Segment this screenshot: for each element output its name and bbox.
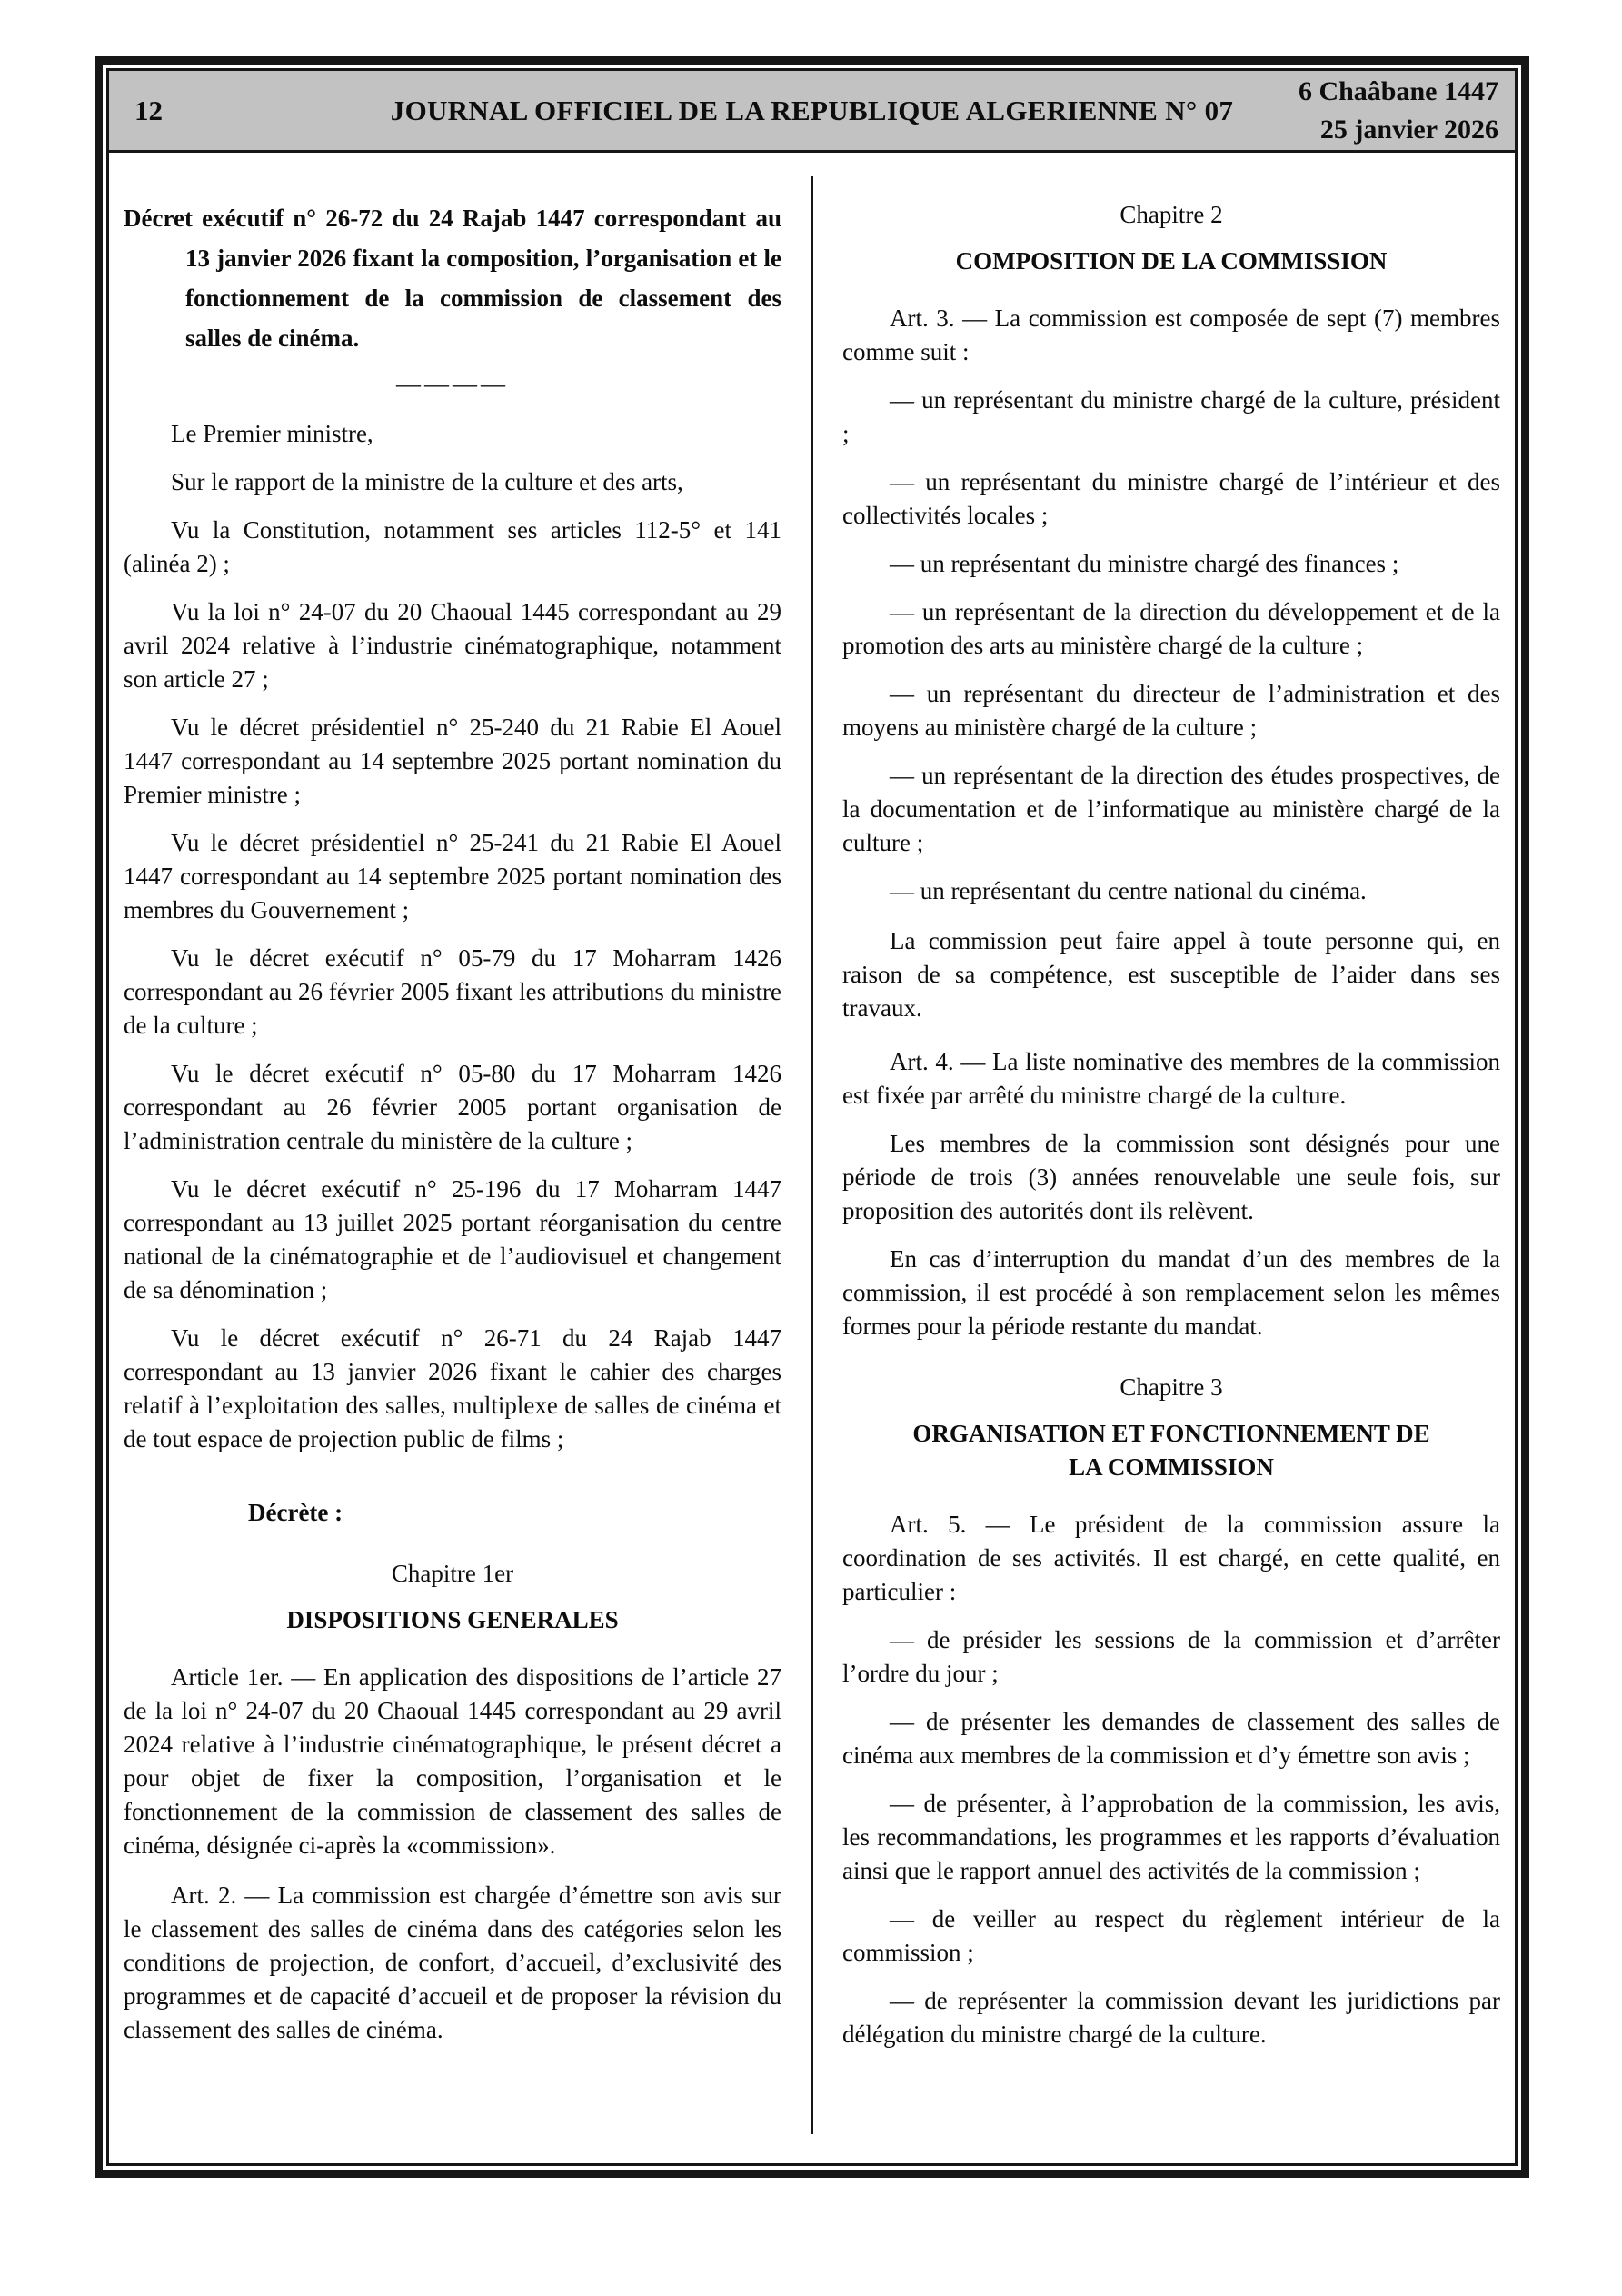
visa-decret-25-241: Vu le décret présidentiel n° 25-241 du 2… [124, 826, 781, 927]
column-divider [811, 176, 813, 2134]
visa-decret-05-80: Vu le décret exécutif n° 05-80 du 17 Moh… [124, 1057, 781, 1158]
left-column: Décret exécutif n° 26-72 du 24 Rajab 144… [124, 153, 781, 2163]
masthead-dates: 6 Chaâbane 1447 25 janvier 2026 [1299, 71, 1498, 150]
article-1: Article 1er. — En application des dispos… [124, 1661, 781, 1862]
member-item-7: — un représentant du centre national du … [842, 874, 1500, 908]
date-gregorian: 25 janvier 2026 [1299, 111, 1498, 149]
page-frame: 12 JOURNAL OFFICIEL DE LA REPUBLIQUE ALG… [95, 56, 1529, 2178]
member-item-5: — un représentant du directeur de l’admi… [842, 677, 1500, 744]
title-separator: ———— [124, 367, 781, 401]
member-item-1: — un représentant du ministre chargé de … [842, 384, 1500, 451]
chapter-3-title: ORGANISATION ET FONCTIONNEMENT DE LA COM… [899, 1417, 1444, 1484]
duty-item-4: — de veiller au respect du règlement int… [842, 1902, 1500, 1970]
chapter-2-heading: Chapitre 2 [842, 198, 1500, 232]
page-number: 12 [134, 95, 163, 127]
duty-item-5: — de représenter la commission devant le… [842, 1984, 1500, 2051]
visa-decret-26-71: Vu le décret exécutif n° 26-71 du 24 Raj… [124, 1322, 781, 1456]
visa-decret-25-240: Vu le décret présidentiel n° 25-240 du 2… [124, 711, 781, 812]
decree-title: Décret exécutif n° 26-72 du 24 Rajab 144… [124, 198, 781, 358]
chapter-2-title: COMPOSITION DE LA COMMISSION [842, 245, 1500, 278]
member-item-4: — un représentant de la direction du dév… [842, 595, 1500, 663]
duty-item-3: — de présenter, à l’approbation de la co… [842, 1787, 1500, 1888]
article-5: Art. 5. — Le président de la commission … [842, 1508, 1500, 1609]
chapter-1-heading: Chapitre 1er [124, 1557, 781, 1591]
journal-title: JOURNAL OFFICIEL DE LA REPUBLIQUE ALGERI… [391, 95, 1233, 127]
duty-item-1: — de présider les sessions de la commiss… [842, 1623, 1500, 1691]
chapter-3-heading: Chapitre 3 [842, 1371, 1500, 1404]
date-hijri: 6 Chaâbane 1447 [1299, 73, 1498, 111]
article-3: Art. 3. — La commission est composée de … [842, 302, 1500, 369]
article-4: Art. 4. — La liste nominative des membre… [842, 1045, 1500, 1113]
member-item-6: — un représentant de la direction des ét… [842, 759, 1500, 860]
masthead: 12 JOURNAL OFFICIEL DE LA REPUBLIQUE ALG… [109, 71, 1515, 153]
right-column: Chapitre 2 COMPOSITION DE LA COMMISSION … [842, 153, 1500, 2163]
page-frame-inner: 12 JOURNAL OFFICIEL DE LA REPUBLIQUE ALG… [106, 68, 1518, 2166]
para-premier-ministre: Le Premier ministre, [124, 417, 781, 451]
article-2: Art. 2. — La commission est chargée d’ém… [124, 1879, 781, 2047]
chapter-1-title: DISPOSITIONS GENERALES [124, 1603, 781, 1637]
article-3-note: La commission peut faire appel à toute p… [842, 924, 1500, 1025]
duty-item-2: — de présenter les demandes de classemen… [842, 1705, 1500, 1772]
visa-loi-24-07: Vu la loi n° 24-07 du 20 Chaoual 1445 co… [124, 595, 781, 696]
para-rapport: Sur le rapport de la ministre de la cult… [124, 465, 781, 499]
text-columns: Décret exécutif n° 26-72 du 24 Rajab 144… [109, 153, 1515, 2163]
article-4-para-2: Les membres de la commission sont désign… [842, 1127, 1500, 1228]
visa-constitution: Vu la Constitution, notamment ses articl… [124, 514, 781, 581]
article-4-para-3: En cas d’interruption du mandat d’un des… [842, 1243, 1500, 1343]
member-item-2: — un représentant du ministre chargé de … [842, 465, 1500, 533]
decrete-label: Décrète : [124, 1496, 781, 1530]
visa-decret-25-196: Vu le décret exécutif n° 25-196 du 17 Mo… [124, 1173, 781, 1307]
visa-decret-05-79: Vu le décret exécutif n° 05-79 du 17 Moh… [124, 942, 781, 1043]
member-item-3: — un représentant du ministre chargé des… [842, 547, 1500, 581]
